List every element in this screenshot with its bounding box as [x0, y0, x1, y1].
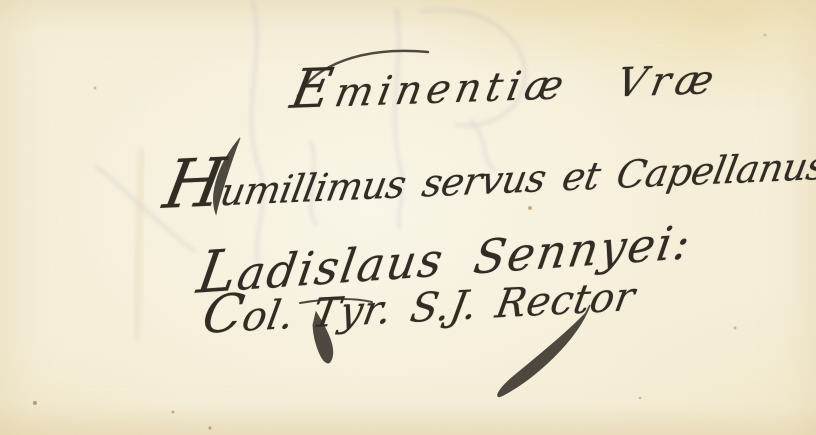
signature-line-salutation: Eminentiæ Vræ [286, 43, 725, 121]
signature-line-humble-servant: Humillimus servus et Capellanus [158, 116, 816, 224]
fold-crease [136, 148, 142, 340]
manuscript-page: Eminentiæ Vræ Humillimus servus et Capel… [0, 0, 816, 435]
